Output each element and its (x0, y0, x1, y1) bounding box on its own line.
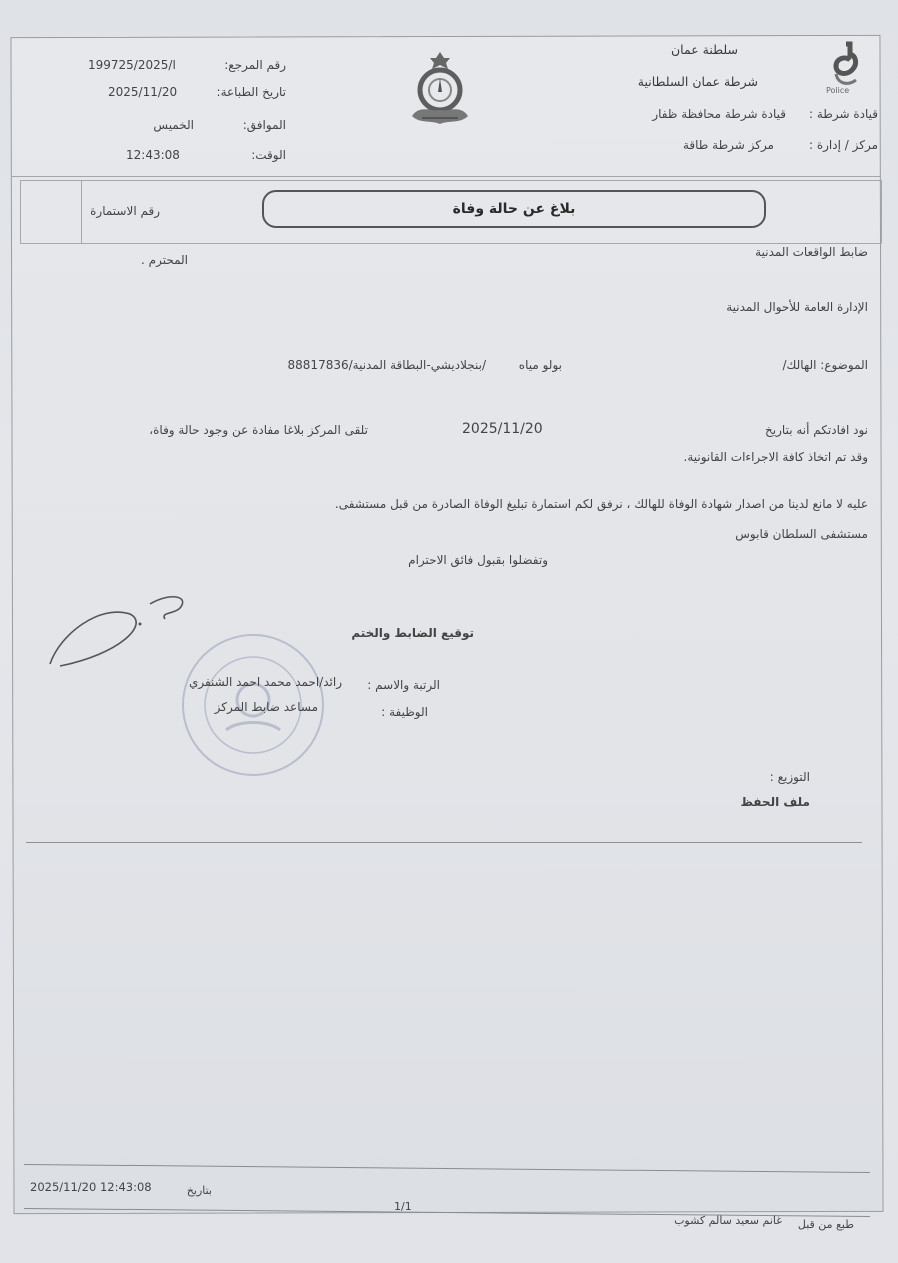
print-date-label: تاريخ الطباعة: (217, 85, 286, 99)
distribution-label: التوزيع : (770, 770, 810, 784)
ref-value: 199725/ا/2025 (88, 58, 176, 72)
center-label: مركز / إدارة : (809, 138, 878, 152)
police-name: شرطة عمان السلطانية (638, 74, 758, 89)
document-page: Police سلطنة عمان شرطة عمان السلطانية قي… (0, 0, 898, 1263)
para1-date: 2025/11/20 (462, 421, 543, 437)
para1-end: تلقى المركز بلاغا مفادة عن وجود حالة وفا… (149, 423, 368, 437)
country-name: سلطنة عمان (671, 42, 738, 57)
rank-name-label: الرتبة والاسم : (367, 678, 440, 692)
signature-label: توقيع الضابط والختم (351, 626, 474, 640)
closing: وتفضلوا بقبول فائق الاحترام (408, 553, 548, 567)
header-divider (12, 176, 880, 177)
footer-date-label: بتاريخ (187, 1184, 212, 1197)
printed-by-label: طبع من قبل (798, 1218, 854, 1231)
subject-label: الموضوع: الهالك/ (782, 358, 868, 372)
job-label: الوظيفة : (381, 705, 428, 719)
honorific: المحترم . (141, 253, 188, 267)
rank-name-value: رائد/احمد محمد احمد الشنفري (189, 675, 342, 689)
print-date-value: 2025/11/20 (108, 85, 177, 99)
form-title: بلاغ عن حالة وفاة (262, 190, 766, 228)
form-number-label: رقم الاستمارة (90, 204, 160, 218)
job-value: مساعد ضابط المركز (215, 700, 318, 714)
command-label: قيادة شرطة : (809, 107, 878, 121)
oman-police-emblem-icon (402, 48, 478, 130)
para1-start: نود افادتكم أنه بتاريخ (765, 423, 868, 437)
day-value: الخميس (153, 118, 194, 132)
printed-by-value: غانم سعيد سالم كشوب (674, 1214, 782, 1227)
time-label: الوقت: (251, 148, 286, 162)
form-number-divider (81, 181, 82, 243)
subject-name: بولو مياه (519, 358, 562, 372)
para2-line2: مستشفى السلطان قابوس (735, 527, 868, 541)
handwritten-signature (40, 584, 200, 674)
day-label: الموافق: (243, 118, 286, 132)
addressee: ضابط الواقعات المدنية (755, 245, 868, 259)
subject-details: /بنجلاديشي-البطاقة المدنية/88817836 (288, 358, 486, 372)
time-value: 12:43:08 (126, 148, 180, 162)
center-value: مركز شرطة طاقة (683, 138, 774, 152)
distribution-value: ملف الحفظ (740, 795, 810, 809)
logo-caption: Police (826, 86, 849, 95)
ref-label: رقم المرجع: (224, 58, 286, 72)
para2-line1: عليه لا مانع لدينا من اصدار شهادة الوفاة… (335, 497, 868, 511)
footer-date-value: 2025/11/20 12:43:08 (30, 1180, 152, 1194)
letter-body (26, 242, 862, 843)
department: الإدارة العامة للأحوال المدنية (726, 300, 868, 314)
para1-line2: وقد تم اتخاذ كافة الاجراءات القانونية. (684, 450, 868, 464)
command-value: قيادة شرطة محافظة ظفار (652, 107, 786, 121)
